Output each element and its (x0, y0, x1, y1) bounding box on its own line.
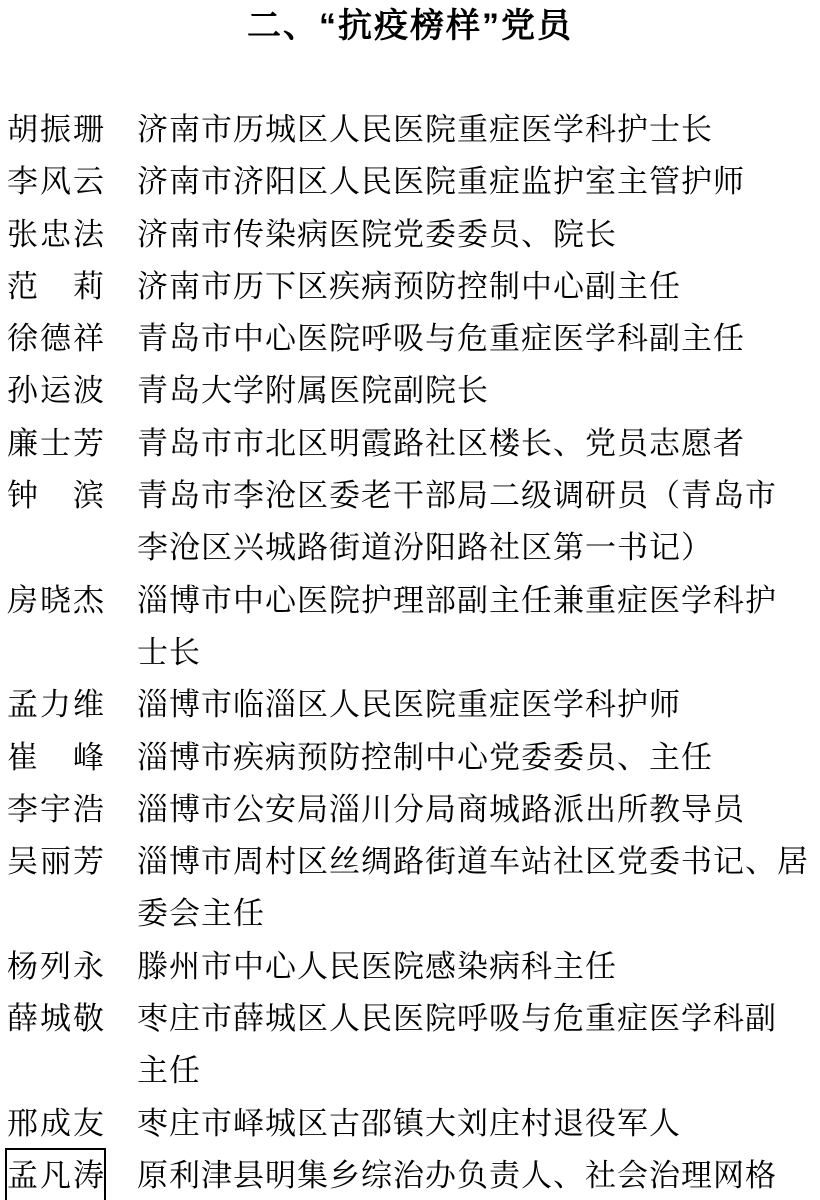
description-line: 济南市历下区疾病预防控制中心副主任 (137, 261, 681, 313)
description-line: 主任 (137, 1045, 777, 1097)
description-line: 淄博市周村区丝绸路街道车站社区党委书记、居 (137, 836, 809, 888)
entry-name: 徐德祥 (7, 313, 104, 365)
description-line: 淄博市公安局淄川分局商城路派出所教导员 (137, 784, 745, 836)
entry-name: 吴丽芳 (7, 836, 104, 888)
entry-row: 杨列永 滕州市中心人民医院感染病科主任 (7, 941, 820, 993)
entry-row: 范莉 济南市历下区疾病预防控制中心副主任 (7, 261, 820, 313)
description-line: 济南市传染病医院党委委员、院长 (137, 209, 617, 261)
entry-row: 薛城敬 枣庄市薛城区人民医院呼吸与危重症医学科副主任 (7, 993, 820, 1098)
entry-row: 李宇浩 淄博市公安局淄川分局商城路派出所教导员 (7, 784, 820, 836)
entry-name: 邢成友 (7, 1098, 104, 1150)
entry-description: 淄博市疾病预防控制中心党委委员、主任 (137, 732, 713, 784)
entry-row: 吴丽芳 淄博市周村区丝绸路街道车站社区党委书记、居委会主任 (7, 836, 820, 941)
entry-row: 徐德祥 青岛市中心医院呼吸与危重症医学科副主任 (7, 313, 820, 365)
entry-description: 青岛市市北区明霞路社区楼长、党员志愿者 (137, 418, 745, 470)
entry-row: 房晓杰 淄博市中心医院护理部副主任兼重症医学科护士长 (7, 575, 820, 680)
entry-description: 济南市历下区疾病预防控制中心副主任 (137, 261, 681, 313)
entry-name: 孙运波 (7, 365, 104, 417)
entry-row: 孙运波 青岛大学附属医院副院长 (7, 365, 820, 417)
description-line: 淄博市临淄区人民医院重症医学科护师 (137, 679, 681, 731)
description-line: 淄博市中心医院护理部副主任兼重症医学科护 (137, 575, 777, 627)
description-line: 士长 (137, 627, 777, 679)
entry-description: 青岛市李沧区委老干部局二级调研员（青岛市李沧区兴城路街道汾阳路社区第一书记） (137, 470, 777, 575)
entry-name: 崔峰 (7, 732, 104, 784)
description-line: 委会主任 (137, 888, 809, 940)
entry-row: 廉士芳 青岛市市北区明霞路社区楼长、党员志愿者 (7, 418, 820, 470)
entry-row: 孟凡涛 原利津县明集乡综治办负责人、社会治理网格 (7, 1150, 820, 1200)
entry-description: 淄博市中心医院护理部副主任兼重症医学科护士长 (137, 575, 777, 680)
entry-row: 钟滨 青岛市李沧区委老干部局二级调研员（青岛市李沧区兴城路街道汾阳路社区第一书记… (7, 470, 820, 575)
description-line: 淄博市疾病预防控制中心党委委员、主任 (137, 732, 713, 784)
page-title: 二、“抗疫榜样”党员 (0, 0, 820, 46)
entry-description: 原利津县明集乡综治办负责人、社会治理网格 (137, 1150, 777, 1200)
entry-name: 杨列永 (7, 941, 104, 993)
entry-name: 范莉 (7, 261, 104, 313)
entry-name: 廉士芳 (7, 418, 104, 470)
description-line: 滕州市中心人民医院感染病科主任 (137, 941, 617, 993)
entry-description: 滕州市中心人民医院感染病科主任 (137, 941, 617, 993)
entry-row: 邢成友 枣庄市峄城区古邵镇大刘庄村退役军人 (7, 1098, 820, 1150)
description-line: 青岛市李沧区委老干部局二级调研员（青岛市 (137, 470, 777, 522)
entry-name: 钟滨 (7, 470, 104, 522)
entry-name: 孟凡涛 (7, 1150, 104, 1200)
entry-row: 崔峰 淄博市疾病预防控制中心党委委员、主任 (7, 732, 820, 784)
description-line: 济南市历城区人民医院重症医学科护士长 (137, 104, 713, 156)
description-line: 原利津县明集乡综治办负责人、社会治理网格 (137, 1150, 777, 1200)
description-line: 青岛市市北区明霞路社区楼长、党员志愿者 (137, 418, 745, 470)
description-line: 济南市济阳区人民医院重症监护室主管护师 (137, 156, 745, 208)
description-line: 枣庄市峄城区古邵镇大刘庄村退役军人 (137, 1098, 681, 1150)
entry-name: 张忠法 (7, 209, 104, 261)
entry-name: 李宇浩 (7, 784, 104, 836)
entry-name: 孟力维 (7, 679, 104, 731)
entry-description: 济南市历城区人民医院重症医学科护士长 (137, 104, 713, 156)
entry-description: 淄博市临淄区人民医院重症医学科护师 (137, 679, 681, 731)
entry-description: 淄博市公安局淄川分局商城路派出所教导员 (137, 784, 745, 836)
description-line: 青岛大学附属医院副院长 (137, 365, 489, 417)
description-line: 李沧区兴城路街道汾阳路社区第一书记） (137, 522, 777, 574)
entry-description: 青岛市中心医院呼吸与危重症医学科副主任 (137, 313, 745, 365)
entry-name: 胡振珊 (7, 104, 104, 156)
entry-name: 李风云 (7, 156, 104, 208)
entry-row: 张忠法 济南市传染病医院党委委员、院长 (7, 209, 820, 261)
description-line: 枣庄市薛城区人民医院呼吸与危重症医学科副 (137, 993, 777, 1045)
entry-description: 青岛大学附属医院副院长 (137, 365, 489, 417)
entry-row: 孟力维 淄博市临淄区人民医院重症医学科护师 (7, 679, 820, 731)
entry-name: 薛城敬 (7, 993, 104, 1045)
entry-row: 胡振珊 济南市历城区人民医院重症医学科护士长 (7, 104, 820, 156)
entry-description: 淄博市周村区丝绸路街道车站社区党委书记、居委会主任 (137, 836, 809, 941)
entry-description: 济南市济阳区人民医院重症监护室主管护师 (137, 156, 745, 208)
entry-row: 李风云 济南市济阳区人民医院重症监护室主管护师 (7, 156, 820, 208)
entry-list: 胡振珊 济南市历城区人民医院重症医学科护士长 李风云 济南市济阳区人民医院重症监… (0, 104, 820, 1200)
entry-description: 枣庄市薛城区人民医院呼吸与危重症医学科副主任 (137, 993, 777, 1098)
entry-name: 房晓杰 (7, 575, 104, 627)
description-line: 青岛市中心医院呼吸与危重症医学科副主任 (137, 313, 745, 365)
entry-description: 济南市传染病医院党委委员、院长 (137, 209, 617, 261)
entry-description: 枣庄市峄城区古邵镇大刘庄村退役军人 (137, 1098, 681, 1150)
